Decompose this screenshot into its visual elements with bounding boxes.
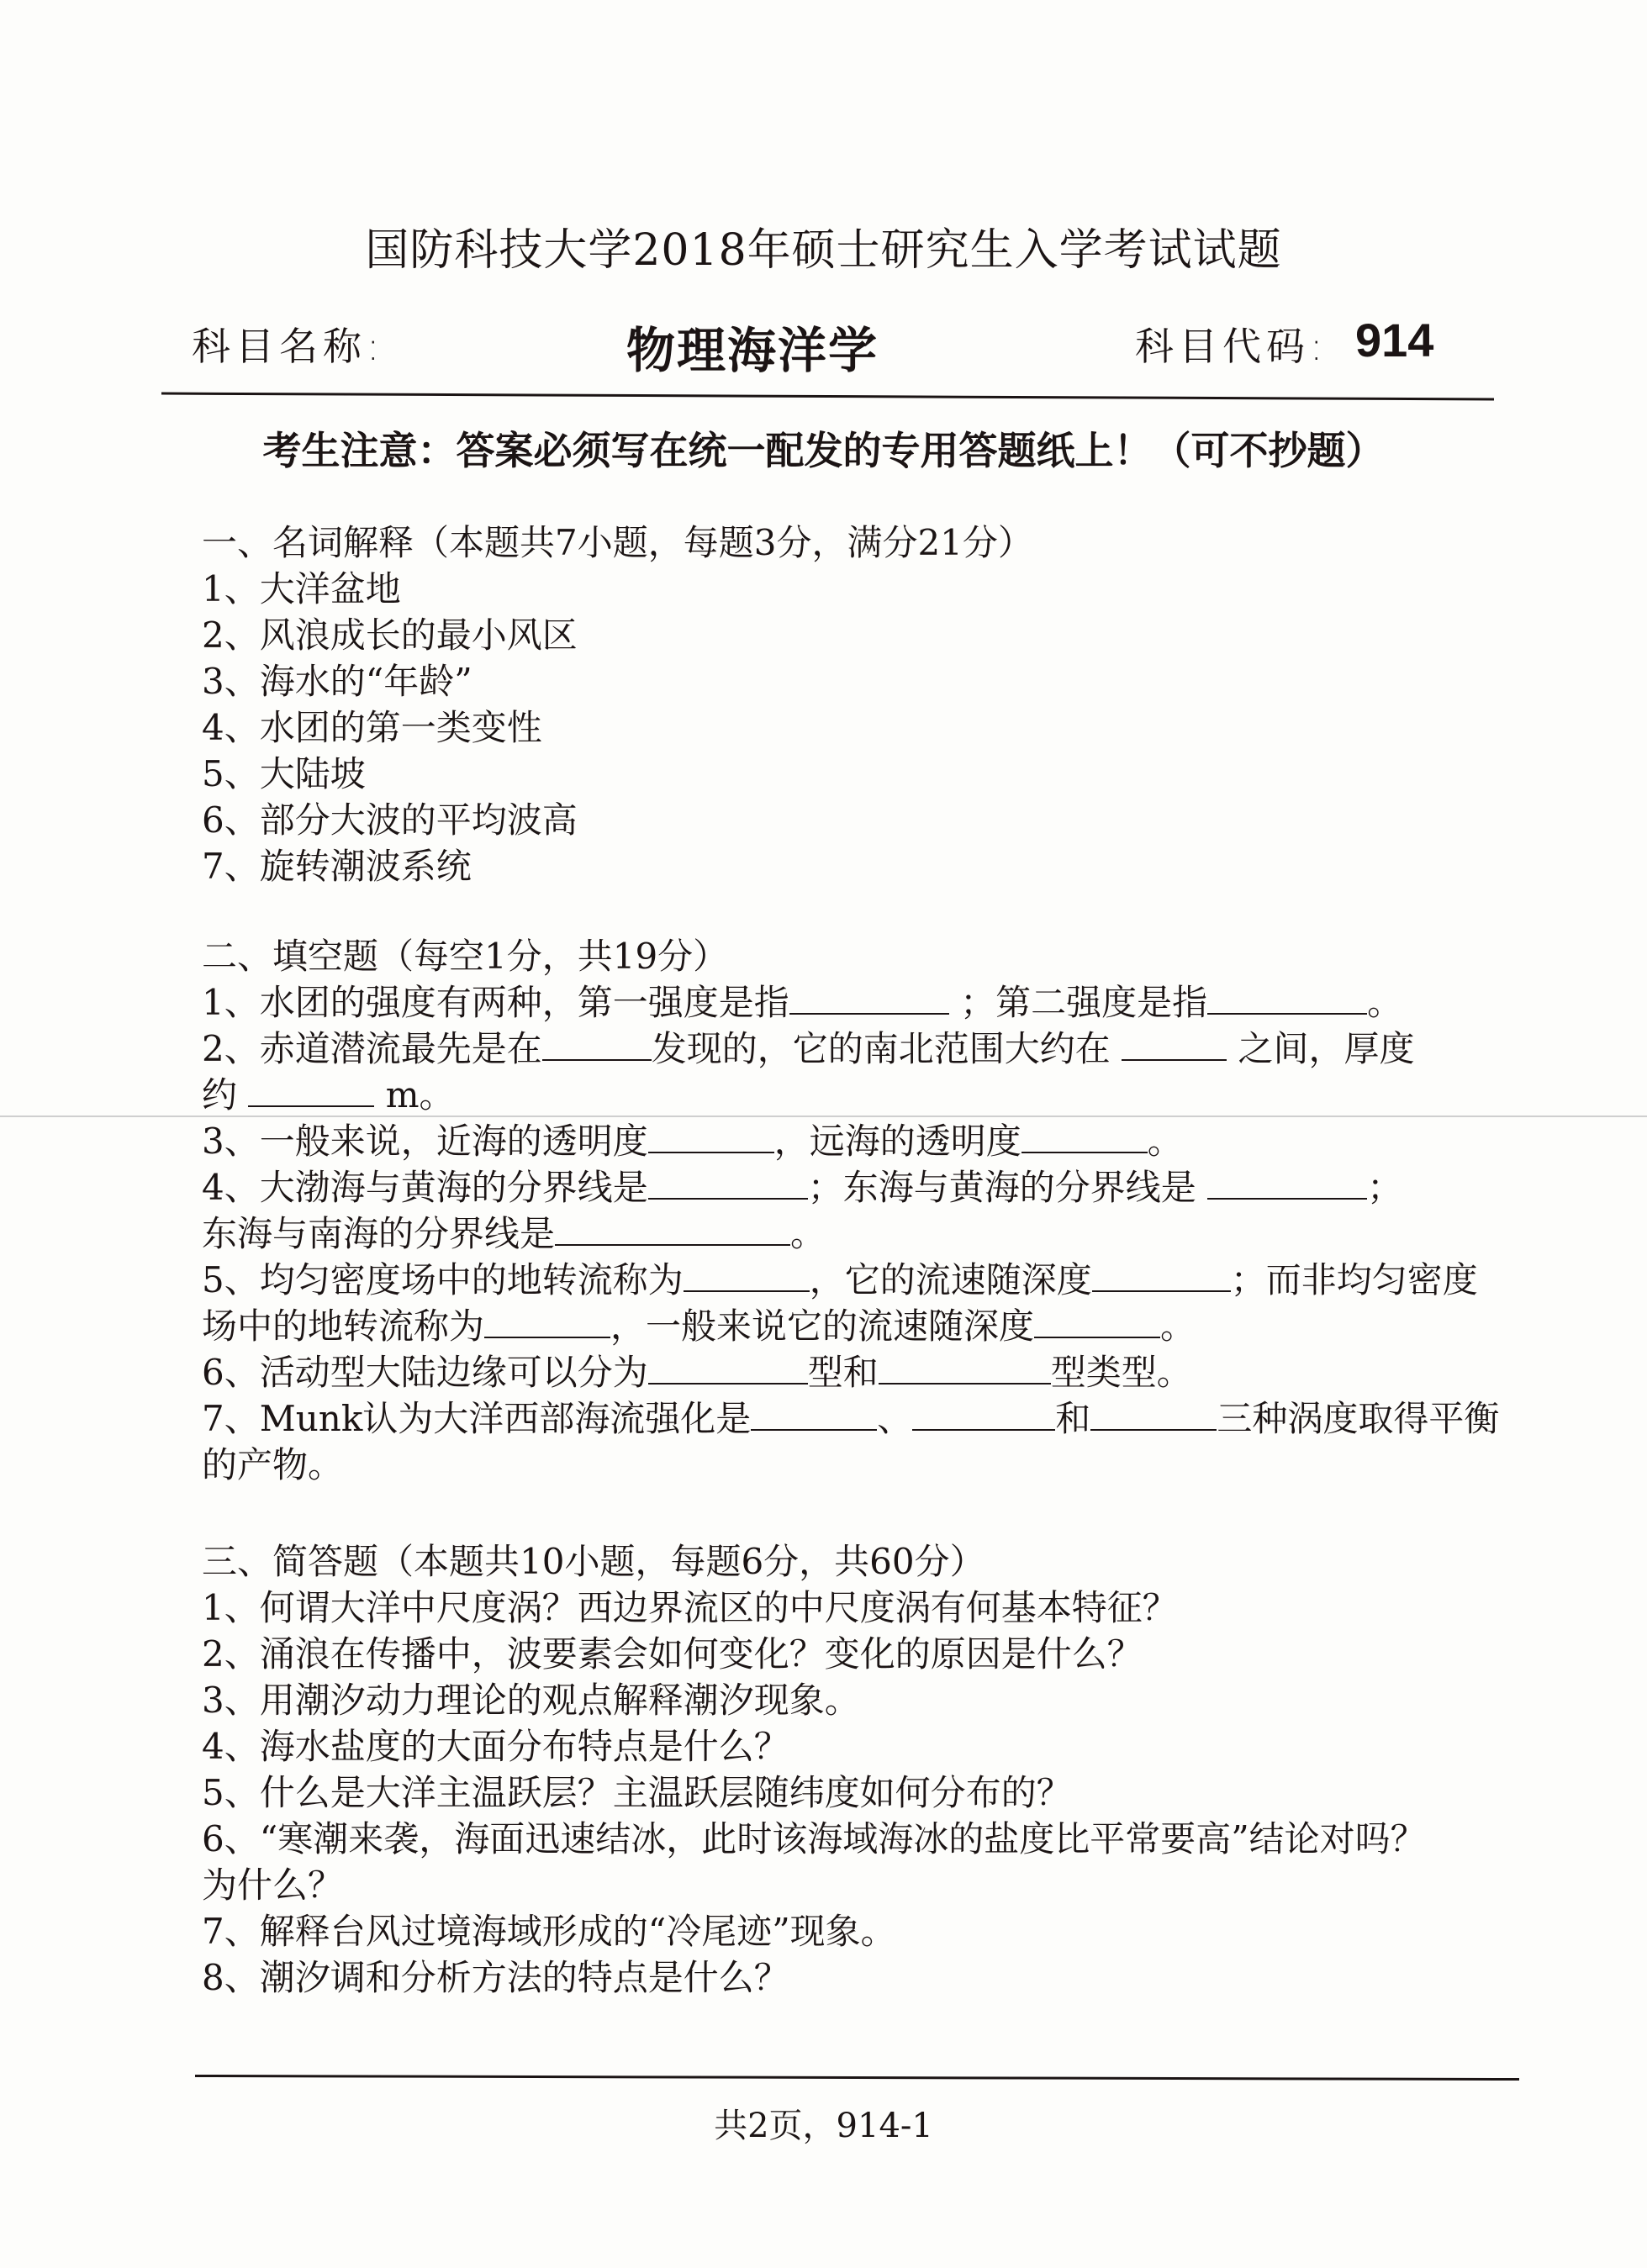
question-item: 为什么？ [202,1862,1446,1908]
paper-fold-line [0,1116,1647,1117]
question-text: 。 [1367,982,1402,1023]
question-item: 7、旋转潮波系统 [202,843,1446,889]
question-text: 5、均匀密度场中的地转流称为 [202,1259,684,1300]
question-text: 2、赤道潜流最先是在 [202,1028,542,1069]
section-short-answer: 三、简答题（本题共10小题，每题6分，共60分） 1、何谓大洋中尺度涡？西边界流… [202,1538,1446,2001]
question-item: 3、用潮汐动力理论的观点解释潮汐现象。 [202,1677,1446,1723]
question-text: 6、活动型大陆边缘可以分为 [202,1352,648,1393]
question-text: 、 [877,1398,912,1439]
question-item: 的产物。 [202,1442,1446,1488]
answer-blank [1122,1026,1227,1061]
question-item: 6、部分大波的平均波高 [202,797,1446,843]
question-item: 3、海水的“年龄” [202,658,1446,704]
question-item: 5、均匀密度场中的地转流称为，它的流速随深度；而非均匀密度 [202,1257,1446,1303]
footer-divider [195,2075,1519,2081]
section-heading: 三、简答题（本题共10小题，每题6分，共60分） [202,1538,1446,1585]
question-text: 场中的地转流称为 [202,1305,484,1347]
question-text: m。 [386,1074,455,1116]
question-text: ，它的流速随深度 [810,1259,1092,1300]
code-label: 科目代码: [1135,316,1328,372]
answer-blank [648,1164,808,1200]
question-text: 之间，厚度 [1238,1028,1414,1069]
answer-blank [555,1210,790,1246]
question-item: 2、赤道潜流最先是在发现的，它的南北范围大约在 之间，厚度 [202,1026,1446,1072]
question-item: 场中的地转流称为，一般来说它的流速随深度。 [202,1303,1446,1349]
question-text: ；东海与黄海的分界线是 [808,1167,1196,1208]
subject-label: 科目名称: [192,316,385,372]
question-text: 。 [1160,1305,1196,1347]
question-item: 1、水团的强度有两种，第一强度是指 ；第二强度是指。 [202,979,1446,1026]
question-text: 约 [202,1074,237,1116]
question-text: ；而非均匀密度 [1231,1259,1478,1300]
answer-blank [751,1395,877,1431]
exam-page: 国防科技大学2018年硕士研究生入学考试试题 科目名称: 物理海洋学 科目代码:… [0,0,1647,2268]
answer-blank [912,1395,1055,1431]
question-item: 4、海水盐度的大面分布特点是什么？ [202,1723,1446,1770]
question-item: 1、大洋盆地 [202,566,1446,612]
answer-blank [648,1349,808,1385]
exam-notice: 考生注意：答案必须写在统一配发的专用答题纸上！（可不抄题） [0,420,1647,476]
question-item: 6、活动型大陆边缘可以分为型和型类型。 [202,1349,1446,1395]
answer-blank [648,1118,774,1153]
question-item: 4、大渤海与黄海的分界线是；东海与黄海的分界线是 ； [202,1164,1446,1210]
subject-name: 物理海洋学 [626,311,879,382]
question-text: ； [1367,1167,1402,1208]
answer-blank [789,979,949,1015]
answer-blank [684,1257,810,1292]
answer-blank [1090,1395,1217,1431]
question-item: 6、“寒潮来袭，海面迅速结冰，此时该海域海冰的盐度比平常要高”结论对吗？ [202,1816,1446,1862]
question-text: 。 [1148,1121,1183,1162]
question-text: 东海与南海的分界线是 [202,1213,555,1254]
question-text: ；第二强度是指 [960,982,1207,1023]
answer-blank [1021,1118,1148,1153]
question-item: 3、一般来说，近海的透明度，远海的透明度。 [202,1118,1446,1164]
question-text: 发现的，它的南北范围大约在 [652,1028,1111,1069]
question-item: 2、涌浪在传播中，波要素会如何变化？变化的原因是什么？ [202,1631,1446,1677]
question-text: 三种涡度取得平衡 [1217,1398,1499,1439]
answer-blank [879,1349,1051,1385]
answer-blank [248,1072,374,1107]
code-value: 914 [1355,313,1433,367]
question-item: 2、风浪成长的最小风区 [202,612,1446,658]
answer-blank [1034,1303,1160,1338]
question-text: 和 [1055,1398,1090,1439]
question-text: 4、大渤海与黄海的分界线是 [202,1167,648,1208]
question-text: 。 [790,1213,826,1254]
answer-blank [1092,1257,1231,1292]
subject-row: 科目名称: 物理海洋学 科目代码: 914 [0,311,1647,378]
answer-blank [542,1026,652,1061]
question-item: 东海与南海的分界线是。 [202,1210,1446,1257]
question-item: 约 m。 [202,1072,1446,1118]
section-definitions: 一、名词解释（本题共7小题，每题3分，满分21分） 1、大洋盆地 2、风浪成长的… [202,520,1446,889]
question-item: 8、潮汐调和分析方法的特点是什么？ [202,1954,1446,2001]
answer-blank [484,1303,610,1338]
question-text: ，远海的透明度 [774,1121,1021,1162]
question-text: 型类型。 [1051,1352,1192,1393]
exam-title: 国防科技大学2018年硕士研究生入学考试试题 [0,214,1647,277]
question-item: 5、什么是大洋主温跃层？主温跃层随纬度如何分布的？ [202,1770,1446,1816]
section-heading: 一、名词解释（本题共7小题，每题3分，满分21分） [202,520,1446,566]
question-text: 的产物。 [202,1444,343,1485]
section-fill-blanks: 二、填空题（每空1分，共19分） 1、水团的强度有两种，第一强度是指 ；第二强度… [202,933,1446,1488]
page-footer: 共2页，914-1 [0,2099,1647,2147]
question-item: 5、大陆坡 [202,751,1446,797]
question-text: 3、一般来说，近海的透明度 [202,1121,648,1162]
answer-blank [1207,1164,1367,1200]
question-item: 7、Munk认为大洋西部海流强化是、和三种涡度取得平衡 [202,1395,1446,1442]
question-item: 4、水团的第一类变性 [202,704,1446,751]
question-text: 7、Munk认为大洋西部海流强化是 [202,1398,751,1439]
question-item: 7、解释台风过境海域形成的“冷尾迹”现象。 [202,1908,1446,1954]
question-text: 型和 [808,1352,879,1393]
question-text: ，一般来说它的流速随深度 [610,1305,1034,1347]
header-divider [161,393,1494,401]
answer-blank [1207,979,1367,1015]
question-item: 1、何谓大洋中尺度涡？西边界流区的中尺度涡有何基本特征？ [202,1585,1446,1631]
section-heading: 二、填空题（每空1分，共19分） [202,933,1446,979]
question-text: 1、水团的强度有两种，第一强度是指 [202,982,789,1023]
